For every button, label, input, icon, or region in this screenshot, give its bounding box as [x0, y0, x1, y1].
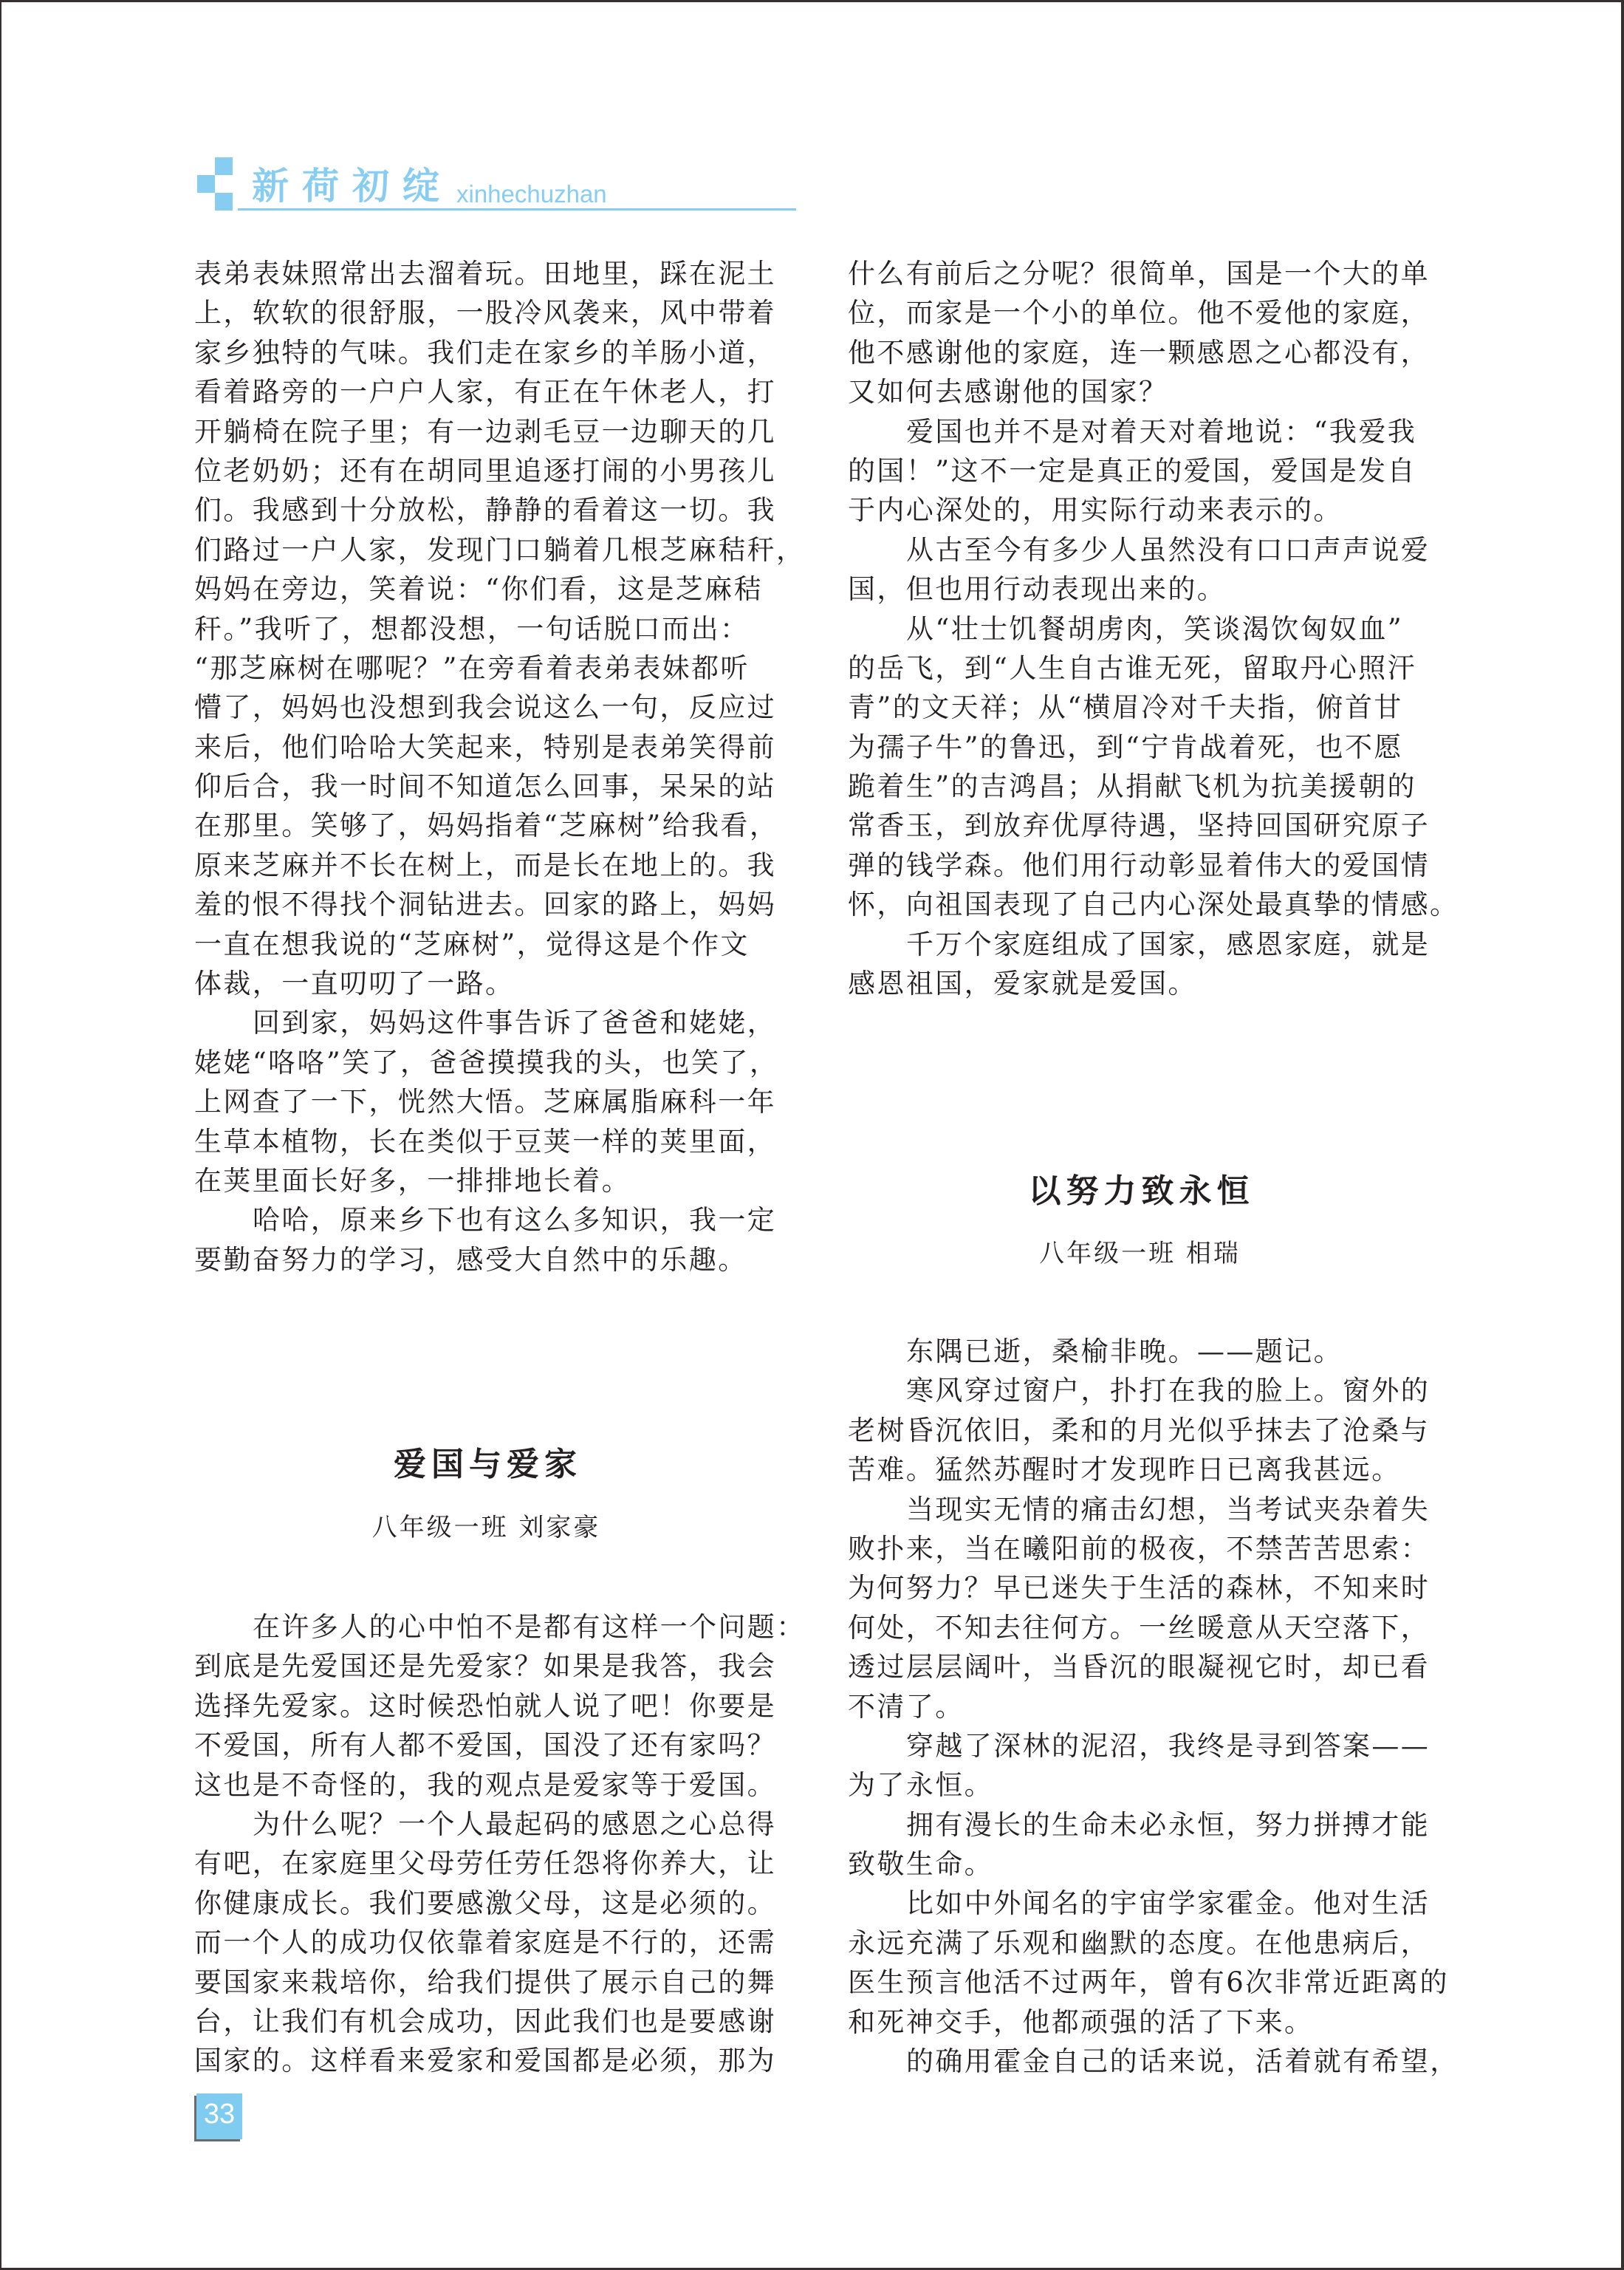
text-line: 当现实无情的痛击幻想，当考试夹杂着失: [848, 1490, 1461, 1529]
paragraph: 比如中外闻名的宇宙学家霍金。他对生活 永远充满了乐观和幽默的态度。在他患病后， …: [848, 1884, 1461, 2042]
text-line: 有吧，在家庭里父母劳任劳任怨将你养大，让: [194, 1844, 807, 1883]
article-author: 八年级一班 刘家豪: [194, 1513, 776, 1542]
text-line: 从“壮士饥餐胡虏肉，笑谈渴饮匈奴血”: [848, 609, 1461, 649]
text-line: 爱国也并不是对着天对着地说：“我爱我: [848, 412, 1461, 451]
text-line: 从古至今有多少人虽然没有口口声声说爱: [848, 530, 1461, 570]
text-line: 表弟表妹照常出去溜着玩。田地里，踩在泥土: [194, 254, 807, 293]
text-line: 青”的文天祥；从“横眉冷对千夫指，俯首甘: [848, 688, 1461, 727]
text-line: 这也是不奇怪的，我的观点是爱家等于爱国。: [194, 1765, 807, 1805]
text-line: 弹的钱学森。他们用行动彰显着伟大的爱国情: [848, 846, 1461, 885]
text-line: 怀，向祖国表现了自己内心深处最真挚的情感。: [848, 885, 1461, 924]
paragraph: 拥有漫长的生命未必永恒，努力拼搏才能 致敬生命。: [848, 1805, 1461, 1884]
text-line: 不清了。: [848, 1687, 1461, 1726]
text-line: 国家的。这样看来爱家和爱国都是必须，那为: [194, 2041, 807, 2080]
text-line: 他不感谢他的家庭，连一颗感恩之心都没有，: [848, 333, 1461, 372]
text-line: 的确用霍金自己的话来说，活着就有希望，: [848, 2042, 1461, 2081]
text-line: 败扑来，当在曦阳前的极夜，不禁苦苦思索：: [848, 1529, 1461, 1568]
text-line: 在那里。笑够了，妈妈指着“芝麻树”给我看，: [194, 806, 807, 845]
paragraph: 从“壮士饥餐胡虏肉，笑谈渴饮匈奴血” 的岳飞，到“人生自古谁无死，留取丹心照汗 …: [848, 609, 1461, 925]
text-line: 永远充满了乐观和幽默的态度。在他患病后，: [848, 1924, 1461, 1963]
text-line: 开躺椅在院子里；有一边剥毛豆一边聊天的几: [194, 412, 807, 451]
text-line: 选择先爱家。这时候恐怕就人说了吧！你要是: [194, 1686, 807, 1726]
text-line: 上，软软的很舒服，一股冷风袭来，风中带着: [194, 293, 807, 332]
paragraph: 哈哈，原来乡下也有这么多知识，我一定 要勤奋努力的学习，感受大自然中的乐趣。: [194, 1200, 807, 1279]
text-line: 台，让我们有机会成功，因此我们也是要感谢: [194, 2002, 807, 2041]
text-line: 为何努力？早已迷失于生活的森林，不知来时: [848, 1568, 1461, 1607]
logo-square-icon: [197, 175, 215, 193]
page-number: 33: [196, 2093, 242, 2139]
text-line: 比如中外闻名的宇宙学家霍金。他对生活: [848, 1884, 1461, 1923]
header-divider: [238, 208, 796, 211]
text-line: 体裁，一直叨叨了一路。: [194, 964, 807, 1003]
text-line: 原来芝麻并不长在树上，而是长在地上的。我: [194, 846, 807, 885]
text-line: 的岳飞，到“人生自古谁无死，留取丹心照汗: [848, 649, 1461, 688]
article-title: 爱国与爱家: [194, 1443, 776, 1487]
text-line: 生草本植物，长在类似于豆荚一样的荚里面，: [194, 1122, 807, 1161]
text-line: 常香玉，到放弃优厚待遇，坚持回国研究原子: [848, 806, 1461, 845]
logo-square-icon: [215, 157, 233, 175]
text-line: 拥有漫长的生命未必永恒，努力拼搏才能: [848, 1805, 1461, 1845]
text-line: 何处，不知去往何方。一丝暖意从天空落下，: [848, 1608, 1461, 1647]
text-line: 家乡独特的气味。我们走在家乡的羊肠小道，: [194, 333, 807, 372]
text-line: 你健康成长。我们要感激父母，这是必须的。: [194, 1884, 807, 1923]
paragraph: 什么有前后之分呢？很简单，国是一个大的单 位，而家是一个小的单位。他不爱他的家庭…: [848, 254, 1461, 412]
text-line: 为什么呢？一个人最起码的感恩之心总得: [194, 1805, 807, 1844]
text-line: 跪着生”的吉鸿昌；从捐献飞机为抗美援朝的: [848, 767, 1461, 806]
text-line: 为孺子牛”的鲁迅，到“宁肯战着死，也不愿: [848, 728, 1461, 767]
text-line: 到底是先爱国还是先爱家？如果是我答，我会: [194, 1647, 807, 1686]
text-line: 懵了，妈妈也没想到我会说这么一句，反应过: [194, 688, 807, 727]
article-author: 八年级一班 相瑞: [848, 1239, 1430, 1268]
paragraph: 穿越了深林的泥沼，我终是寻到答案—— 为了永恒。: [848, 1726, 1461, 1805]
text-line: 国，但也用行动表现出来的。: [848, 570, 1461, 609]
text-line: 的国！”这不一定是真正的爱国，爱国是发自: [848, 451, 1461, 490]
text-line: 要勤奋努力的学习，感受大自然中的乐趣。: [194, 1240, 807, 1279]
right-column-article-body: 东隅已逝，桑榆非晚。——题记。 寒风穿过窗户，扑打在我的脸上。窗外的 老树昏沉依…: [848, 1332, 1461, 2081]
text-line: 透过层层阔叶，当昏沉的眼凝视它时，却已看: [848, 1647, 1461, 1686]
text-line: 们路过一户人家，发现门口躺着几根芝麻秸秆，: [194, 530, 807, 570]
paragraph: 回到家，妈妈这件事告诉了爸爸和姥姥， 姥姥“咯咯”笑了，爸爸摸摸我的头，也笑了，…: [194, 1003, 807, 1200]
text-line: 而一个人的成功仅依靠着家庭是不行的，还需: [194, 1923, 807, 1962]
text-line: 寒风穿过窗户，扑打在我的脸上。窗外的: [848, 1371, 1461, 1410]
right-column-continued-article: 什么有前后之分呢？很简单，国是一个大的单 位，而家是一个小的单位。他不爱他的家庭…: [848, 254, 1461, 1003]
paragraph: 东隅已逝，桑榆非晚。——题记。: [848, 1332, 1461, 1371]
section-pinyin: xinhechuzhan: [456, 182, 607, 206]
text-line: 于内心深处的，用实际行动来表示的。: [848, 490, 1461, 530]
paragraph: 的确用霍金自己的话来说，活着就有希望，: [848, 2042, 1461, 2081]
text-line: 东隅已逝，桑榆非晚。——题记。: [848, 1332, 1461, 1371]
text-line: 哈哈，原来乡下也有这么多知识，我一定: [194, 1200, 807, 1240]
text-line: 秆。”我听了，想都没想，一句话脱口而出：: [194, 609, 807, 649]
text-line: 和死神交手，他都顽强的活了下来。: [848, 2003, 1461, 2042]
text-line: 穿越了深林的泥沼，我终是寻到答案——: [848, 1726, 1461, 1765]
text-line: 致敬生命。: [848, 1845, 1461, 1884]
text-line: 看着路旁的一户户人家，有正在午休老人，打: [194, 372, 807, 411]
paragraph: 千万个家庭组成了国家，感恩家庭，就是 感恩祖国，爱家就是爱国。: [848, 925, 1461, 1004]
text-line: 们。我感到十分放松，静静的看着这一切。我: [194, 490, 807, 530]
text-line: 仰后合，我一时间不知道怎么回事，呆呆的站: [194, 767, 807, 806]
text-line: “那芝麻树在哪呢？”在旁看着表弟表妹都听: [194, 649, 807, 688]
text-line: 医生预言他活不过两年，曾有6次非常近距离的: [848, 1963, 1461, 2002]
paragraph: 为什么呢？一个人最起码的感恩之心总得 有吧，在家庭里父母劳任劳任怨将你养大，让 …: [194, 1805, 807, 2081]
section-title: 新荷初绽: [252, 167, 453, 205]
text-line: 什么有前后之分呢？很简单，国是一个大的单: [848, 254, 1461, 293]
text-line: 感恩祖国，爱家就是爱国。: [848, 964, 1461, 1003]
article-title: 以努力致永恒: [848, 1169, 1430, 1214]
text-line: 来后，他们哈哈大笑起来，特别是表弟笑得前: [194, 728, 807, 767]
paragraph: 表弟表妹照常出去溜着玩。田地里，踩在泥土 上，软软的很舒服，一股冷风袭来，风中带…: [194, 254, 807, 1003]
paragraph: 寒风穿过窗户，扑打在我的脸上。窗外的 老树昏沉依旧，柔和的月光似乎抹去了沧桑与 …: [848, 1371, 1461, 1489]
paragraph: 爱国也并不是对着天对着地说：“我爱我 的国！”这不一定是真正的爱国，爱国是发自 …: [848, 412, 1461, 530]
text-line: 位老奶奶；还有在胡同里追逐打闹的小男孩儿: [194, 451, 807, 490]
text-line: 要国家来栽培你，给我们提供了展示自己的舞: [194, 1963, 807, 2002]
paragraph: 在许多人的心中怕不是都有这样一个问题： 到底是先爱国还是先爱家？如果是我答，我会…: [194, 1607, 807, 1805]
text-line: 上网查了一下，恍然大悟。芝麻属脂麻科一年: [194, 1082, 807, 1121]
text-line: 妈妈在旁边，笑着说：“你们看，这是芝麻秸: [194, 570, 807, 609]
text-line: 在荚里面长好多，一排排地长着。: [194, 1161, 807, 1200]
left-column-article-body: 在许多人的心中怕不是都有这样一个问题： 到底是先爱国还是先爱家？如果是我答，我会…: [194, 1607, 807, 2081]
text-line: 千万个家庭组成了国家，感恩家庭，就是: [848, 925, 1461, 964]
text-line: 回到家，妈妈这件事告诉了爸爸和姥姥，: [194, 1003, 807, 1042]
paragraph: 当现实无情的痛击幻想，当考试夹杂着失 败扑来，当在曦阳前的极夜，不禁苦苦思索： …: [848, 1490, 1461, 1726]
text-line: 又如何去感谢他的国家？: [848, 372, 1461, 411]
text-line: 不爱国，所有人都不爱国，国没了还有家吗？: [194, 1726, 807, 1765]
logo-square-icon: [215, 193, 233, 211]
left-column-continued-article: 表弟表妹照常出去溜着玩。田地里，踩在泥土 上，软软的很舒服，一股冷风袭来，风中带…: [194, 254, 807, 1279]
paragraph: 从古至今有多少人虽然没有口口声声说爱 国，但也用行动表现出来的。: [848, 530, 1461, 609]
text-line: 位，而家是一个小的单位。他不爱他的家庭，: [848, 293, 1461, 332]
text-line: 姥姥“咯咯”笑了，爸爸摸摸我的头，也笑了，: [194, 1043, 807, 1082]
text-line: 苦难。猛然苏醒时才发现昨日已离我甚远。: [848, 1450, 1461, 1489]
text-line: 羞的恨不得找个洞钻进去。回家的路上，妈妈: [194, 885, 807, 924]
text-line: 一直在想我说的“芝麻树”，觉得这是个作文: [194, 925, 807, 964]
text-line: 老树昏沉依旧，柔和的月光似乎抹去了沧桑与: [848, 1411, 1461, 1450]
text-line: 在许多人的心中怕不是都有这样一个问题：: [194, 1607, 807, 1647]
text-line: 为了永恒。: [848, 1765, 1461, 1805]
